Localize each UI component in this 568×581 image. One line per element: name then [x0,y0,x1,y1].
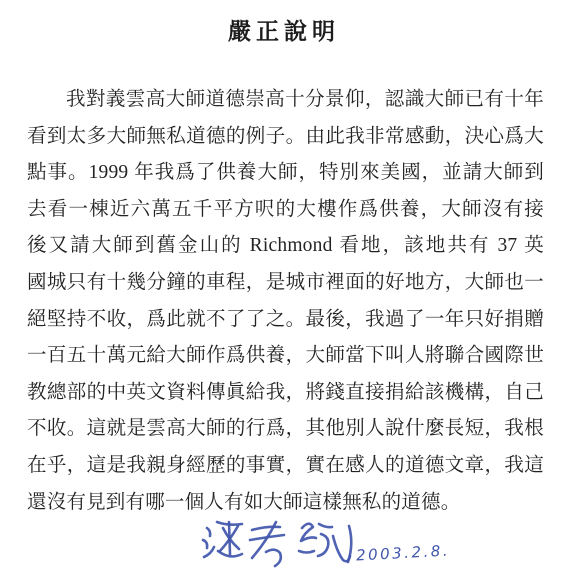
body-line: 教總部的中英文資料傳眞給我，將錢直接捐給該機構，自己分文 [27,375,544,412]
body-line: 點事。1999 年我爲了供養大師，特別來美國，並請大師到 Oakland [27,155,544,192]
document-title: 嚴正說明 [0,13,568,46]
body-line: 絕堅持不收，爲此就不了了之。最後，我過了一年只好捐贈美金 [27,302,544,339]
body-line: 在乎，這是我親身經歷的事實，實在感人的道德文章，我這一生 [27,448,544,485]
body-paragraph: 我對義雲高大師道德崇高十分景仰，認識大師已有十年了， 看到太多大師無私道德的例子… [27,82,544,521]
body-line: 看到太多大師無私道德的例子。由此我非常感動，決心爲大師做 [27,119,544,156]
body-line: 我對義雲高大師道德崇高十分景仰，認識大師已有十年了， [27,82,544,119]
body-line: 不收。這就是雲高大師的行爲，其他別人說什麼長短，我根本不 [27,411,544,448]
body-line: 一百五十萬元給大師作爲供養，大師當下叫人將聯合國際世界佛 [27,338,544,375]
body-line: 去看一棟近六萬五千平方呎的大樓作爲供養，大師沒有接受。之 [27,192,544,229]
signature-block: 2003.2.8. [198,508,498,580]
document-page: 嚴正說明 我對義雲高大師道德崇高十分景仰，認識大師已有十年了， 看到太多大師無私… [0,0,568,581]
body-line: 後又請大師到舊金山的 Richmond 看地，該地共有 37 英畝，離中 [27,228,544,265]
body-line: 國城只有十幾分鐘的車程，是城市裡面的好地方，大師也一口回 [27,265,544,302]
handwritten-signature-name [198,512,358,574]
signature-date: 2003.2.8. [356,542,451,565]
